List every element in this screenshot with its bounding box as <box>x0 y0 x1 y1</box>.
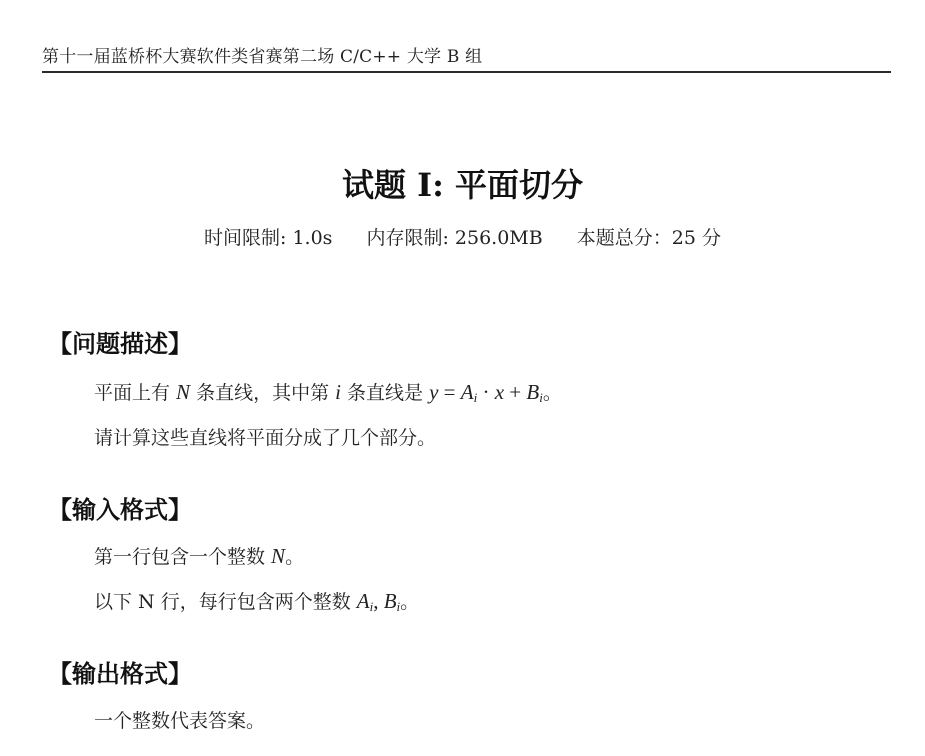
memory-limit: 内存限制: 256.0MB <box>366 227 542 249</box>
page-header: 第十一届蓝桥杯大赛软件类省赛第二场 C/C++ 大学 B 组 <box>42 42 891 67</box>
input-line-1: 第一行包含一个整数 N。 <box>94 542 304 569</box>
output-line-1: 一个整数代表答案。 <box>94 706 265 733</box>
problem-limits: 时间限制: 1.0s 内存限制: 256.0MB 本题总分：25 分 <box>0 223 925 250</box>
description-line-2: 请计算这些直线将平面分成了几个部分。 <box>94 423 436 450</box>
section-heading-input: 【输入格式】 <box>48 490 192 525</box>
line-equation: y = Ai · x + Bi <box>429 380 543 404</box>
section-heading-description: 【问题描述】 <box>48 324 192 359</box>
description-line-1: 平面上有 N 条直线，其中第 i 条直线是 y = Ai · x + Bi。 <box>94 378 562 405</box>
header-rule <box>42 71 891 73</box>
var-n: N <box>271 544 285 568</box>
total-score: 本题总分：25 分 <box>577 227 721 249</box>
section-heading-output: 【输出格式】 <box>48 654 192 689</box>
input-line-2: 以下 N 行，每行包含两个整数 Ai, Bi。 <box>94 587 419 614</box>
time-limit: 时间限制: 1.0s <box>204 227 332 249</box>
var-n: N <box>176 380 190 404</box>
problem-title: 试题 I: 平面切分 <box>0 160 925 206</box>
input-vars: Ai, Bi <box>357 589 400 613</box>
